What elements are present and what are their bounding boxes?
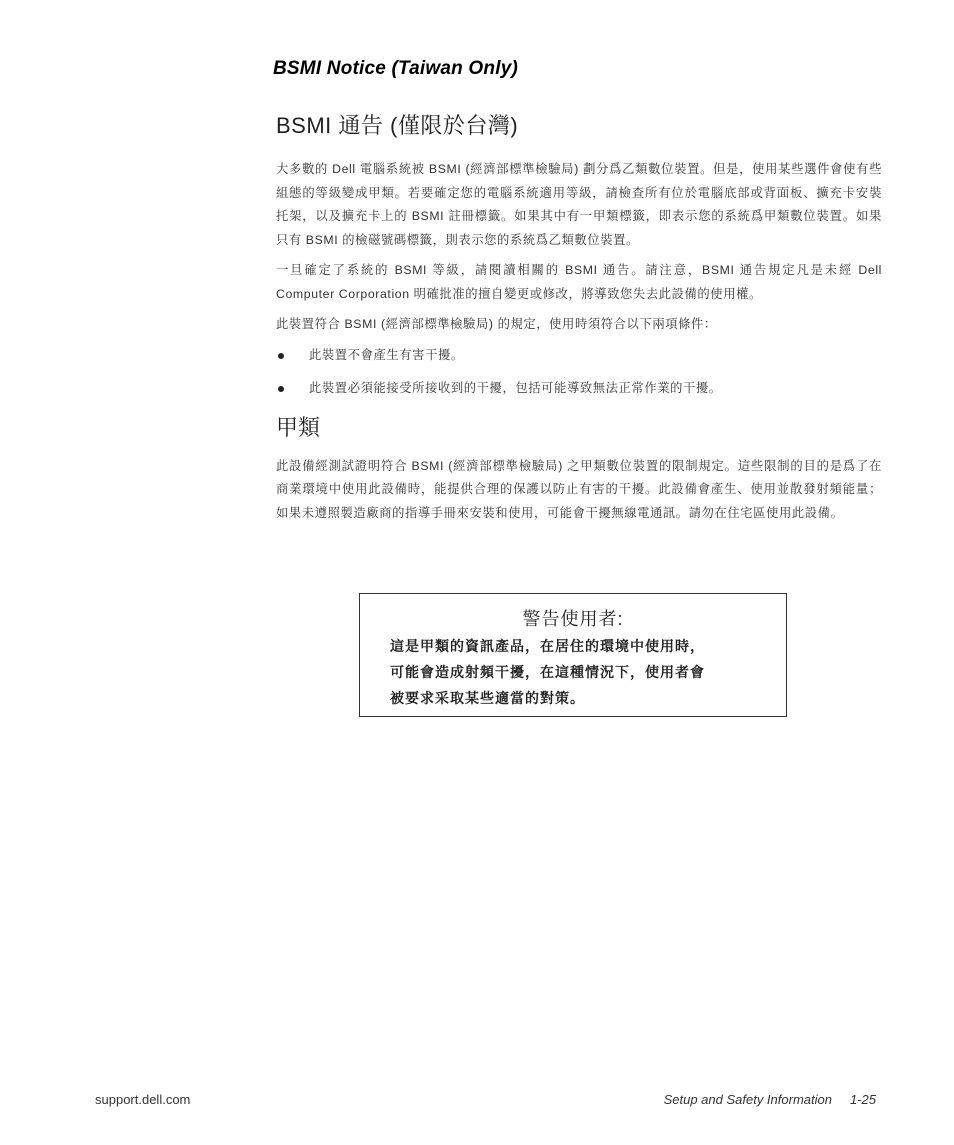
notice-paragraph-3: 此裝置符合 BSMI (經濟部標準檢驗局) 的規定，使用時須符合以下兩項條件：: [276, 313, 882, 337]
warning-text: 這是甲類的資訊產品，在居住的環境中使用時， 可能會造成射頻干擾，在這種情況下，使…: [390, 634, 786, 712]
conditions-list: 此裝置不會產生有害干擾。 此裝置必須能接受所接收到的干擾，包括可能導致無法正常作…: [276, 344, 882, 401]
notice-paragraph-1: 大多數的 Dell 電腦系統被 BSMI (經濟部標準檢驗局) 劃分爲乙類數位裝…: [276, 158, 882, 252]
bullet-icon: [278, 386, 284, 392]
bullet-icon: [278, 353, 284, 359]
class-a-heading: 甲類: [276, 413, 882, 443]
list-item: 此裝置不會產生有害干擾。: [276, 344, 882, 368]
class-a-paragraph: 此設備經測試證明符合 BSMI (經濟部標準檢驗局) 之甲類數位裝置的限制規定。…: [276, 455, 882, 526]
list-item-text: 此裝置必須能接受所接收到的干擾，包括可能導致無法正常作業的干擾。: [309, 381, 722, 395]
bsmi-notice-section: BSMI 通告 (僅限於台灣) 大多數的 Dell 電腦系統被 BSMI (經濟…: [276, 110, 882, 532]
warning-box: 警告使用者: 這是甲類的資訊產品，在居住的環境中使用時， 可能會造成射頻干擾，在…: [359, 593, 787, 717]
footer-website: support.dell.com: [95, 1092, 190, 1107]
page-title: BSMI Notice (Taiwan Only): [273, 58, 518, 80]
list-item-text: 此裝置不會產生有害干擾。: [309, 348, 464, 362]
footer-section-title: Setup and Safety Information: [664, 1092, 832, 1107]
list-item: 此裝置必須能接受所接收到的干擾，包括可能導致無法正常作業的干擾。: [276, 377, 882, 401]
page-number: 1-25: [850, 1092, 876, 1107]
warning-line: 這是甲類的資訊產品，在居住的環境中使用時，: [390, 634, 786, 660]
notice-paragraph-2: 一旦確定了系統的 BSMI 等級，請閱讀相關的 BSMI 通告。請注意，BSMI…: [276, 259, 882, 306]
warning-line: 被要求采取某些適當的對策。: [390, 686, 786, 712]
warning-line: 可能會造成射頻干擾，在這種情況下，使用者會: [390, 660, 786, 686]
footer-section-info: Setup and Safety Information1-25: [664, 1092, 876, 1107]
notice-heading: BSMI 通告 (僅限於台灣): [276, 110, 882, 142]
warning-title: 警告使用者:: [360, 608, 786, 630]
